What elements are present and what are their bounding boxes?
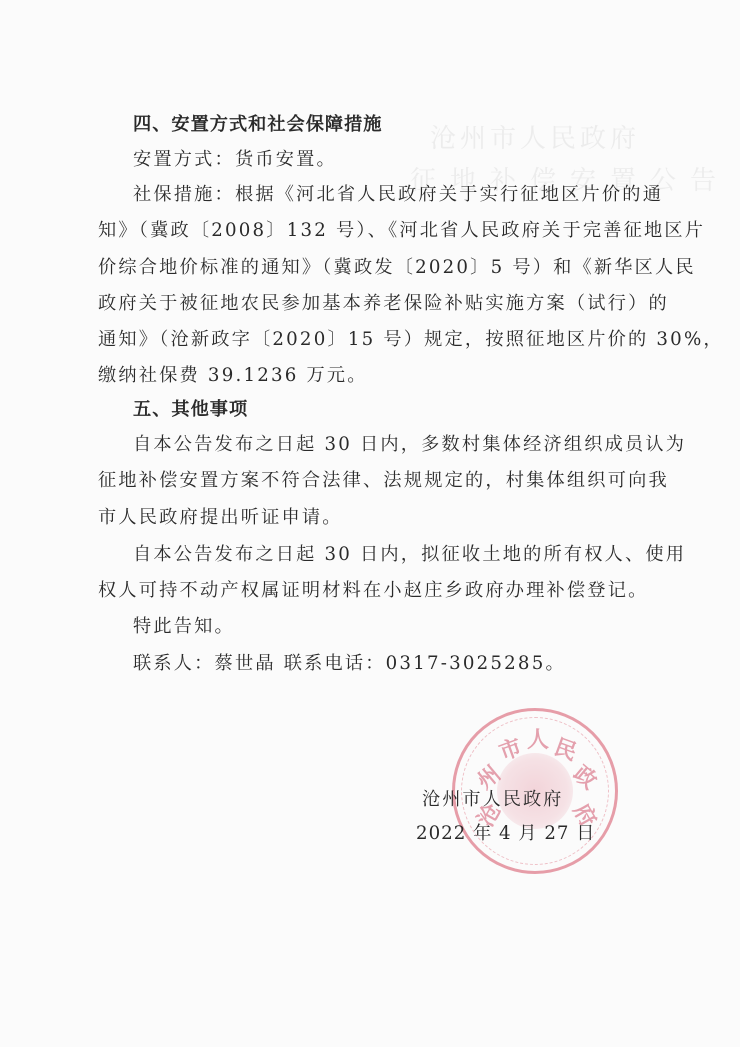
issue-date: 2022 年 4 月 27 日 (416, 822, 595, 846)
section-heading-5: 五、其他事项 (133, 398, 646, 422)
paragraph-line: 知》（冀政〔2008〕132 号）、《河北省人民政府关于完善征地区片 (98, 219, 646, 243)
document-page: 沧州市人民政府 征地补偿安置公告 四、安置方式和社会保障措施 安置方式：货币安置… (0, 0, 740, 1047)
paragraph-line: 价综合地价标准的通知》（冀政发〔2020〕5 号）和《新华区人民 (98, 256, 646, 280)
seal-char: 人 (527, 723, 549, 754)
issuer-name: 沧州市人民政府 (422, 788, 563, 812)
paragraph-line: 政府关于被征地农民参加基本养老保险补贴实施方案（试行）的 (98, 292, 646, 316)
paragraph-line: 自本公告发布之日起 30 日内，拟征收土地的所有权人、使用 (133, 543, 646, 567)
contact-line: 联系人：蔡世晶 联系电话：0317-3025285。 (133, 652, 646, 676)
paragraph-line: 社保措施：根据《河北省人民政府关于实行征地区片价的通 (133, 183, 646, 207)
section-heading-4: 四、安置方式和社会保障措施 (133, 113, 646, 137)
paragraph-line: 安置方式：货币安置。 (133, 148, 646, 172)
paragraph-line: 市人民政府提出听证申请。 (98, 506, 646, 530)
paragraph-line: 自本公告发布之日起 30 日内，多数村集体经济组织成员认为 (133, 433, 646, 457)
paragraph-line: 缴纳社保费 39.1236 万元。 (98, 364, 646, 388)
paragraph-line: 权人可持不动产权属证明材料在小赵庄乡政府办理补偿登记。 (98, 579, 646, 603)
closing-line: 特此告知。 (133, 615, 646, 639)
paragraph-line: 征地补偿安置方案不符合法律、法规规定的，村集体组织可向我 (98, 469, 646, 493)
paragraph-line: 通知》（沧新政字〔2020〕15 号）规定，按照征地区片价的 30%， (98, 328, 646, 352)
